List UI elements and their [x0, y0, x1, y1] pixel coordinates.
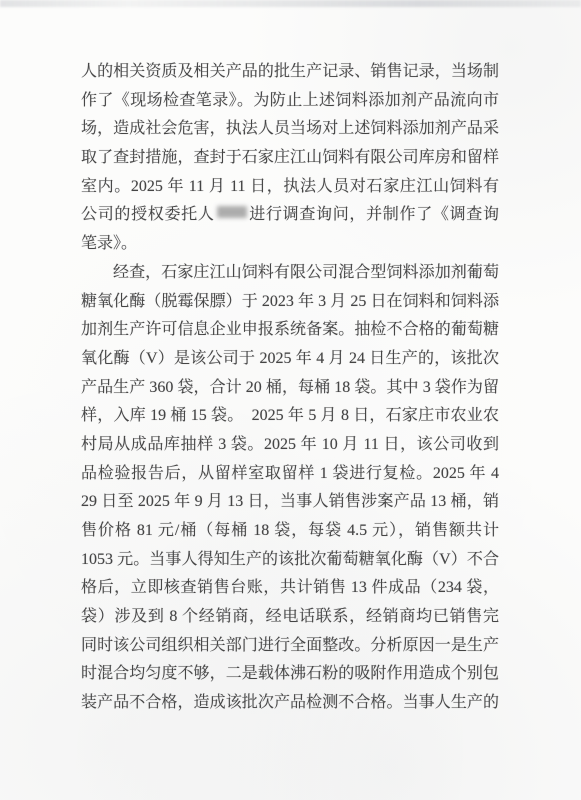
text-line: 装产品不合格，造成该批次产品检测不合格。当事人生产的 [81, 689, 499, 718]
document-text-block: 人的相关资质及相关产品的批生产记录、销售记录，当场制 作了《现场检查笔录》。为防… [81, 58, 499, 718]
text-line: 29 日至 2025 年 9 月 13 日，当事人销售涉案产品 13 桶，销 [81, 488, 499, 517]
text-line: 品检验报告后，从留样室取留样 1 袋进行复检。2025 年 4 月 [81, 460, 499, 489]
text-line: 取了查封措施，查封于石家庄江山饲料有限公司库房和留样 [81, 144, 499, 173]
text-line: 作了《现场检查笔录》。为防止上述饲料添加剂产品流向市 [81, 87, 499, 116]
text-line: 样，入库 19 桶 15 袋。 2025 年 5 月 8 日，石家庄市农业农 [81, 402, 499, 431]
text-line: 场，造成社会危害，执法人员当场对上述饲料添加剂产品采 [81, 115, 499, 144]
text-line: 袋）涉及到 8 个经销商，经电话联系，经销商均已销售完毕， [81, 603, 499, 632]
scan-artifact-top [0, 0, 581, 7]
text-line-with-redaction: 公司的授权委托人进行调查询问，并制作了《调查询问 [81, 201, 499, 230]
text-line-paragraph-end: 笔录》。 [81, 230, 499, 259]
text-line: 室内。2025 年 11 月 11 日，执法人员对石家庄江山饲料有限 [81, 173, 499, 202]
text-line: 同时该公司组织相关部门进行全面整改。分析原因一是生产 [81, 632, 499, 661]
text-line: 售价格 81 元/桶（每桶 18 袋，每袋 4.5 元），销售额共计 [81, 517, 499, 546]
document-page: 人的相关资质及相关产品的批生产记录、销售记录，当场制 作了《现场检查笔录》。为防… [0, 0, 581, 800]
text-line: 时混合均匀度不够，二是载体沸石粉的吸附作用造成个别包 [81, 660, 499, 689]
text-before-redaction: 公司的授权委托人 [81, 206, 215, 223]
text-line-paragraph-start: 经查，石家庄江山饲料有限公司混合型饲料添加剂葡萄 [81, 259, 499, 288]
text-line: 1053 元。当事人得知生产的该批次葡萄糖氧化酶（V）不合 [81, 546, 499, 575]
redacted-name [217, 206, 247, 218]
text-line: 产品生产 360 袋，合计 20 桶，每桶 18 袋。其中 3 袋作为留 [81, 374, 499, 403]
text-line: 糖氧化酶（脱霉保膘）于 2023 年 3 月 25 日在饲料和饲料添 [81, 288, 499, 317]
text-line: 加剂生产许可信息企业申报系统备案。抽检不合格的葡萄糖 [81, 316, 499, 345]
text-line: 人的相关资质及相关产品的批生产记录、销售记录，当场制 [81, 58, 499, 87]
text-line: 氧化酶（V）是该公司于 2025 年 4 月 24 日生产的，该批次 [81, 345, 499, 374]
text-line: 村局从成品库抽样 3 袋。2025 年 10 月 11 日，该公司收到产 [81, 431, 499, 460]
text-line: 格后，立即核查销售台账，共计销售 13 件成品（234 袋，1000g/ [81, 574, 499, 603]
